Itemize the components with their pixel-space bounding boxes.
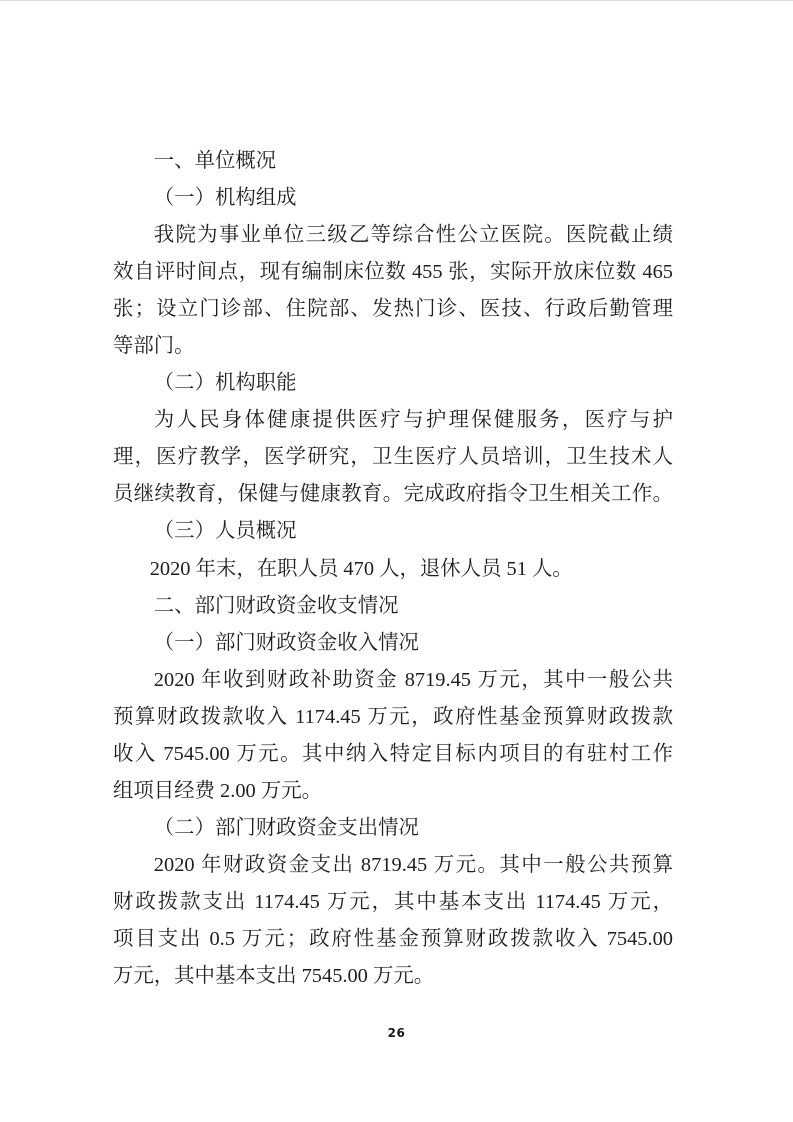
- text-line: 收入 7545.00 万元。其中纳入特定目标内项目的有驻村工作: [113, 736, 673, 773]
- text-line: 理，医疗教学，医学研究，卫生医疗人员培训，卫生技术人: [113, 439, 673, 476]
- text-line: 2020 年收到财政补助资金 8719.45 万元，其中一般公共: [113, 662, 673, 699]
- text-line: （一）部门财政资金收入情况: [113, 625, 673, 662]
- text-line: 组项目经费 2.00 万元。: [113, 773, 673, 810]
- page-footer: 26: [0, 1024, 793, 1042]
- subsection-heading: （二）机构职能: [113, 365, 673, 402]
- text-line: （一）机构组成: [113, 180, 673, 217]
- document-body: 一、单位概况（一）机构组成我院为事业单位三级乙等综合性公立医院。医院截止绩效自评…: [113, 143, 673, 995]
- subsection-heading: （二）部门财政资金支出情况: [113, 810, 673, 847]
- subsection-heading: （三）人员概况: [113, 513, 673, 550]
- section-heading: 一、单位概况: [113, 143, 673, 180]
- text-line: 2020 年财政资金支出 8719.45 万元。其中一般公共预算: [113, 847, 673, 884]
- text-line: （二）部门财政资金支出情况: [113, 810, 673, 847]
- text-line: 等部门。: [113, 328, 673, 365]
- text-line: 一、单位概况: [113, 143, 673, 180]
- paragraph: 为人民身体健康提供医疗与护理保健服务，医疗与护理，医疗教学，医学研究，卫生医疗人…: [113, 402, 673, 513]
- text-line: 项目支出 0.5 万元；政府性基金预算财政拨款收入 7545.00: [113, 921, 673, 958]
- subsection-heading: （一）部门财政资金收入情况: [113, 625, 673, 662]
- text-line: 二、部门财政资金收支情况: [113, 588, 673, 625]
- paragraph: 2020 年末，在职人员 470 人，退休人员 51 人。: [113, 551, 673, 588]
- text-line: 张；设立门诊部、住院部、发热门诊、医技、行政后勤管理: [113, 291, 673, 328]
- paragraph: 2020 年财政资金支出 8719.45 万元。其中一般公共预算财政拨款支出 1…: [113, 847, 673, 995]
- text-line: 效自评时间点，现有编制床位数 455 张，实际开放床位数 465: [113, 254, 673, 291]
- text-line: （三）人员概况: [113, 513, 673, 550]
- text-line: 2020 年末，在职人员 470 人，退休人员 51 人。: [113, 551, 673, 588]
- text-line: 为人民身体健康提供医疗与护理保健服务，医疗与护: [113, 402, 673, 439]
- subsection-heading: （一）机构组成: [113, 180, 673, 217]
- paragraph: 我院为事业单位三级乙等综合性公立医院。医院截止绩效自评时间点，现有编制床位数 4…: [113, 217, 673, 365]
- section-heading: 二、部门财政资金收支情况: [113, 588, 673, 625]
- page-number: 26: [388, 1026, 406, 1040]
- text-line: 财政拨款支出 1174.45 万元，其中基本支出 1174.45 万元，: [113, 884, 673, 921]
- text-line: 我院为事业单位三级乙等综合性公立医院。医院截止绩: [113, 217, 673, 254]
- text-line: 预算财政拨款收入 1174.45 万元，政府性基金预算财政拨款: [113, 699, 673, 736]
- text-line: （二）机构职能: [113, 365, 673, 402]
- document-page: 一、单位概况（一）机构组成我院为事业单位三级乙等综合性公立医院。医院截止绩效自评…: [0, 1, 793, 1122]
- text-line: 员继续教育，保健与健康教育。完成政府指令卫生相关工作。: [113, 476, 673, 513]
- paragraph: 2020 年收到财政补助资金 8719.45 万元，其中一般公共预算财政拨款收入…: [113, 662, 673, 810]
- text-line: 万元，其中基本支出 7545.00 万元。: [113, 958, 673, 995]
